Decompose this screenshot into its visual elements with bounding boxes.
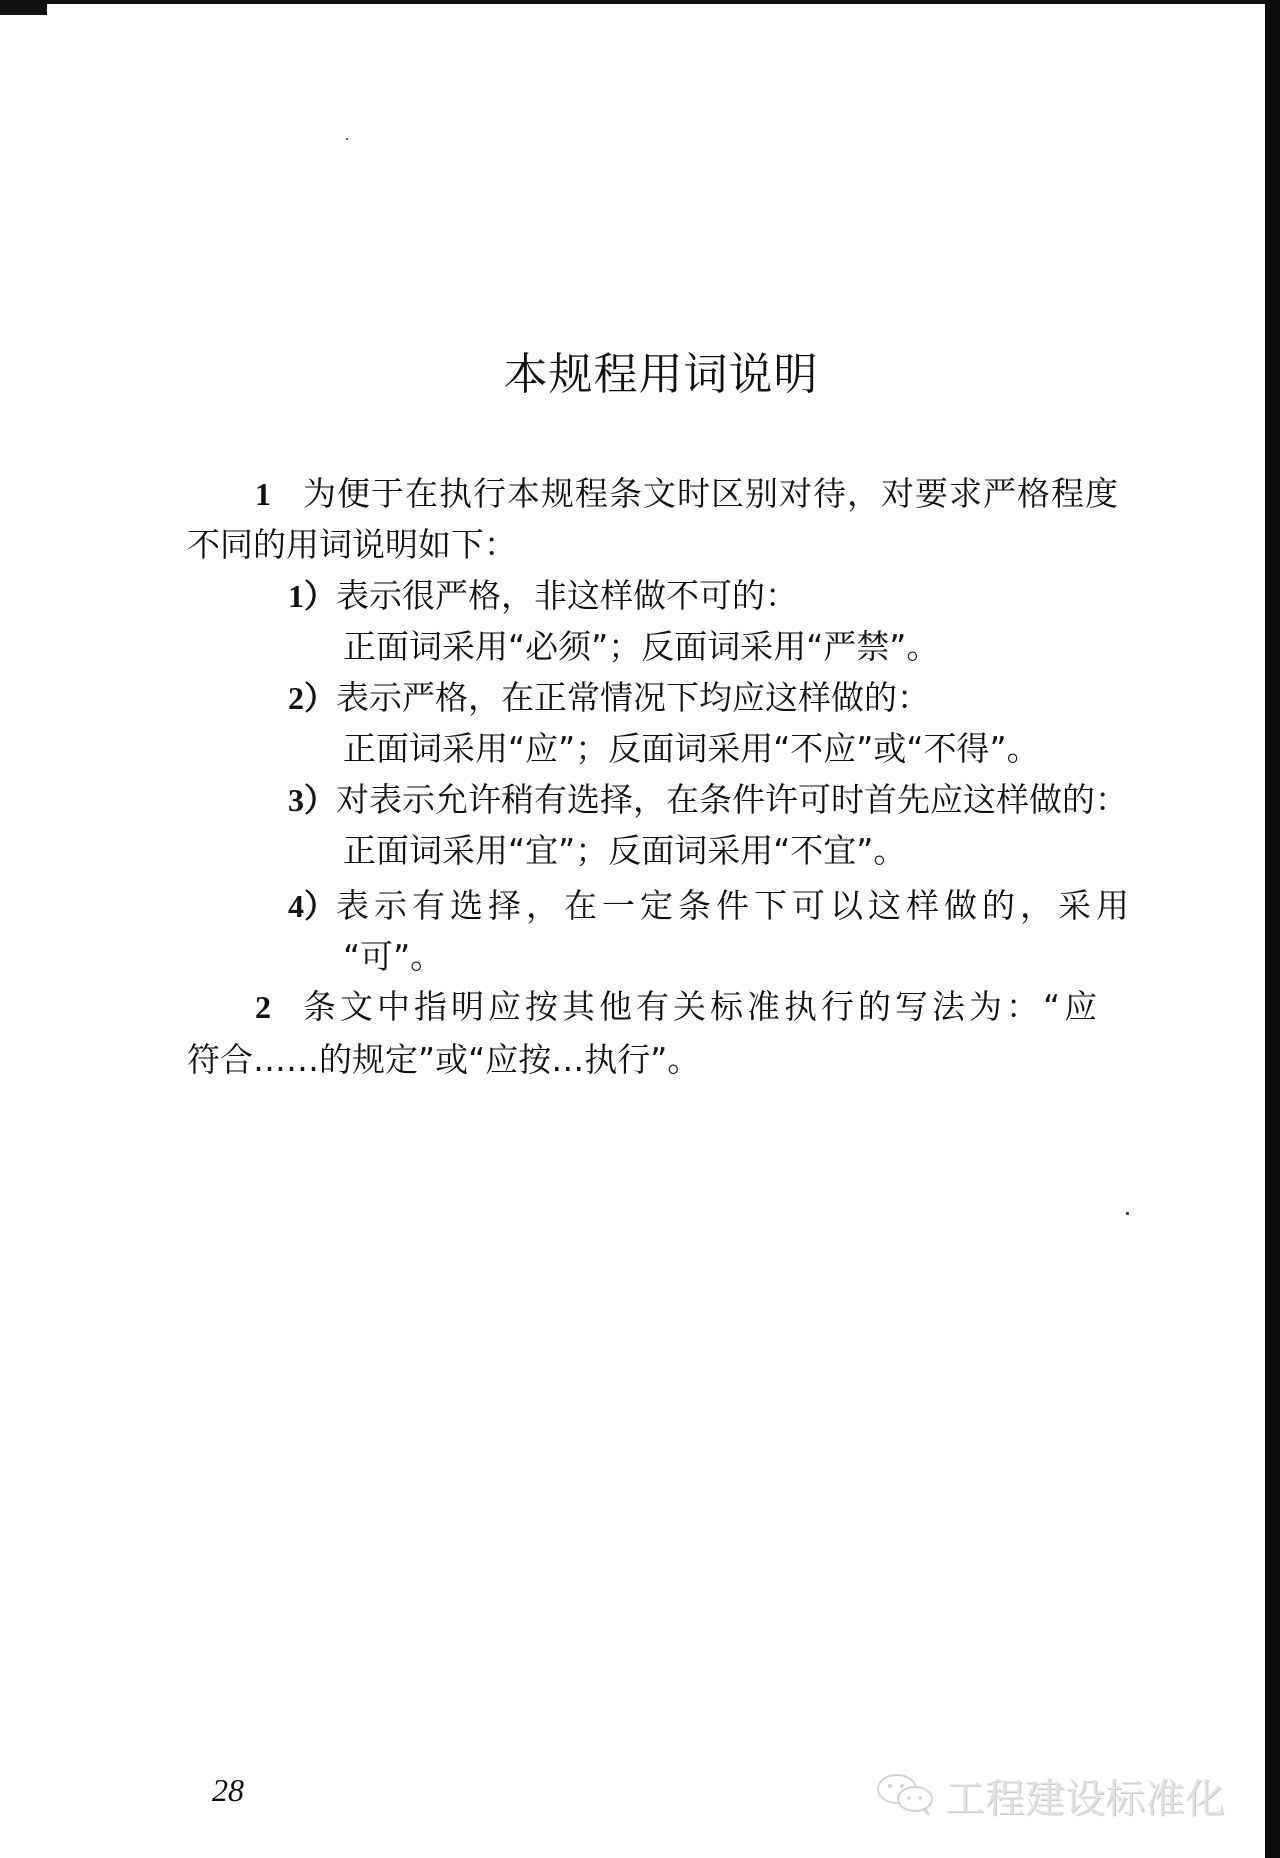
scan-edge-top — [0, 0, 1268, 4]
scan-speck — [1126, 1212, 1129, 1215]
item-marker: 3） — [288, 782, 336, 818]
item-sub-text: 正面词采用“必须”；反面词采用“严禁”。 — [343, 627, 939, 667]
item-text: 表示很严格，非这样做不可的： — [336, 576, 798, 615]
item-text: 表示严格，在正常情况下均应这样做的： — [336, 678, 930, 717]
item-sub-text: 正面词采用“宜”；反面词采用“不宜”。 — [343, 831, 906, 871]
clause-2-line-2: 符合……的规定”或“应按…执行”。 — [187, 1040, 700, 1080]
watermark-text: 工程建设标准化 — [945, 1767, 1225, 1824]
item-marker: 2） — [288, 680, 336, 716]
clause-number: 2 — [255, 989, 271, 1025]
list-item: 2）表示严格，在正常情况下均应这样做的： — [288, 678, 930, 718]
item-sub-text: “可”。 — [343, 937, 443, 977]
list-item: 4）表示有选择，在一定条件下可以这样做的，采用 — [288, 886, 1134, 926]
page-title: 本规程用词说明 — [0, 338, 1280, 402]
clause-text: 为便于在执行本规程条文时区别对待，对要求严格程度 — [303, 474, 1119, 513]
item-text: 对表示允许稍有选择，在条件许可时首先应这样做的： — [336, 780, 1128, 819]
page-number: 28 — [212, 1772, 244, 1809]
wechat-icon — [875, 1773, 937, 1817]
item-marker: 4） — [288, 888, 336, 924]
clause-1-line-1: 1为便于在执行本规程条文时区别对待，对要求严格程度 — [255, 474, 1119, 514]
scan-corner-mark — [0, 0, 47, 15]
clause-1-line-2: 不同的用词说明如下： — [187, 525, 517, 565]
watermark: 工程建设标准化 — [875, 1772, 1225, 1818]
scan-edge-right — [1265, 0, 1280, 1858]
item-text: 表示有选择，在一定条件下可以这样做的，采用 — [336, 886, 1134, 925]
list-item: 3）对表示允许稍有选择，在条件许可时首先应这样做的： — [288, 780, 1128, 820]
item-sub-text: 正面词采用“应”；反面词采用“不应”或“不得”。 — [343, 729, 1040, 769]
list-item: 1）表示很严格，非这样做不可的： — [288, 576, 798, 616]
item-marker: 1） — [288, 578, 336, 614]
clause-number: 1 — [255, 476, 271, 512]
scan-speck — [346, 138, 348, 140]
clause-text: 条文中指明应按其他有关标准执行的写法为：“应 — [303, 987, 1101, 1026]
clause-2-line-1: 2条文中指明应按其他有关标准执行的写法为：“应 — [255, 987, 1101, 1027]
